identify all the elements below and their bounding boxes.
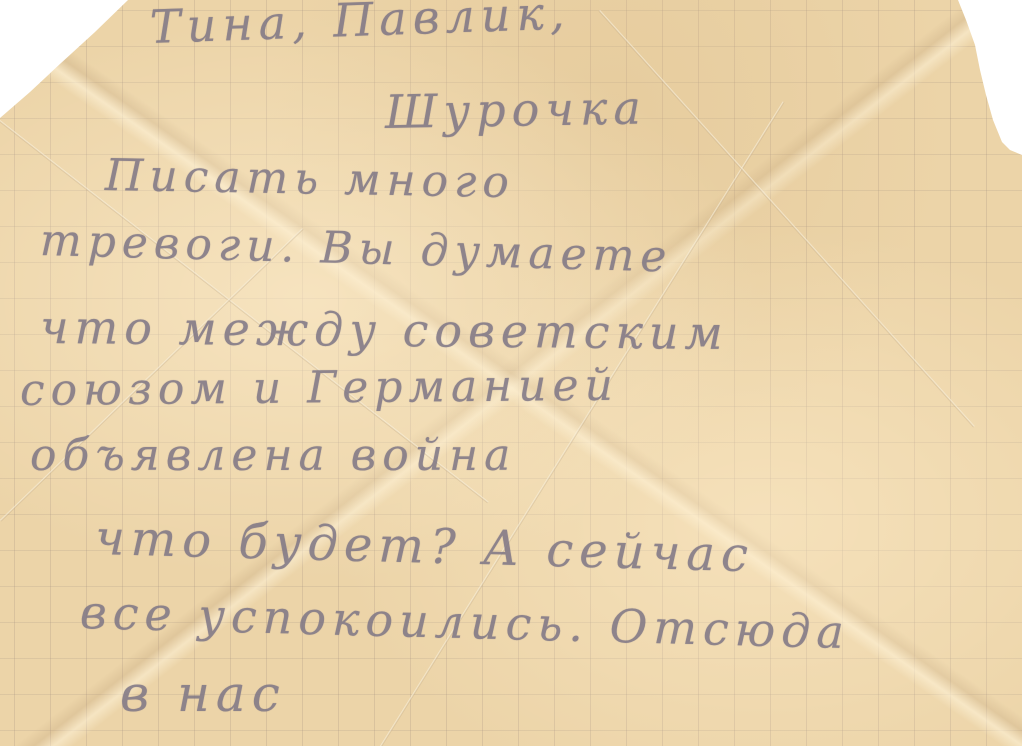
handwritten-line: тревоги. Вы думаете <box>39 215 673 283</box>
handwritten-line: что между советским <box>40 300 729 360</box>
handwritten-line: все успокоились. Отсюда <box>79 585 850 659</box>
handwritten-line: в нас <box>120 665 286 723</box>
handwritten-line: Тина, Павлик, <box>149 0 571 54</box>
handwritten-line: союзом и Германией <box>20 360 619 416</box>
handwritten-line: что будет? А сейчас <box>94 510 754 583</box>
handwritten-line: Писать много <box>105 150 516 208</box>
handwritten-line: Шурочка <box>385 80 648 139</box>
document-scan: Тина, Павлик, Шурочка Писать много трево… <box>0 0 1022 746</box>
letter-paper: Тина, Павлик, Шурочка Писать много трево… <box>0 0 1022 746</box>
fold-crease <box>599 10 975 427</box>
handwritten-line: объявлена война <box>30 430 516 481</box>
